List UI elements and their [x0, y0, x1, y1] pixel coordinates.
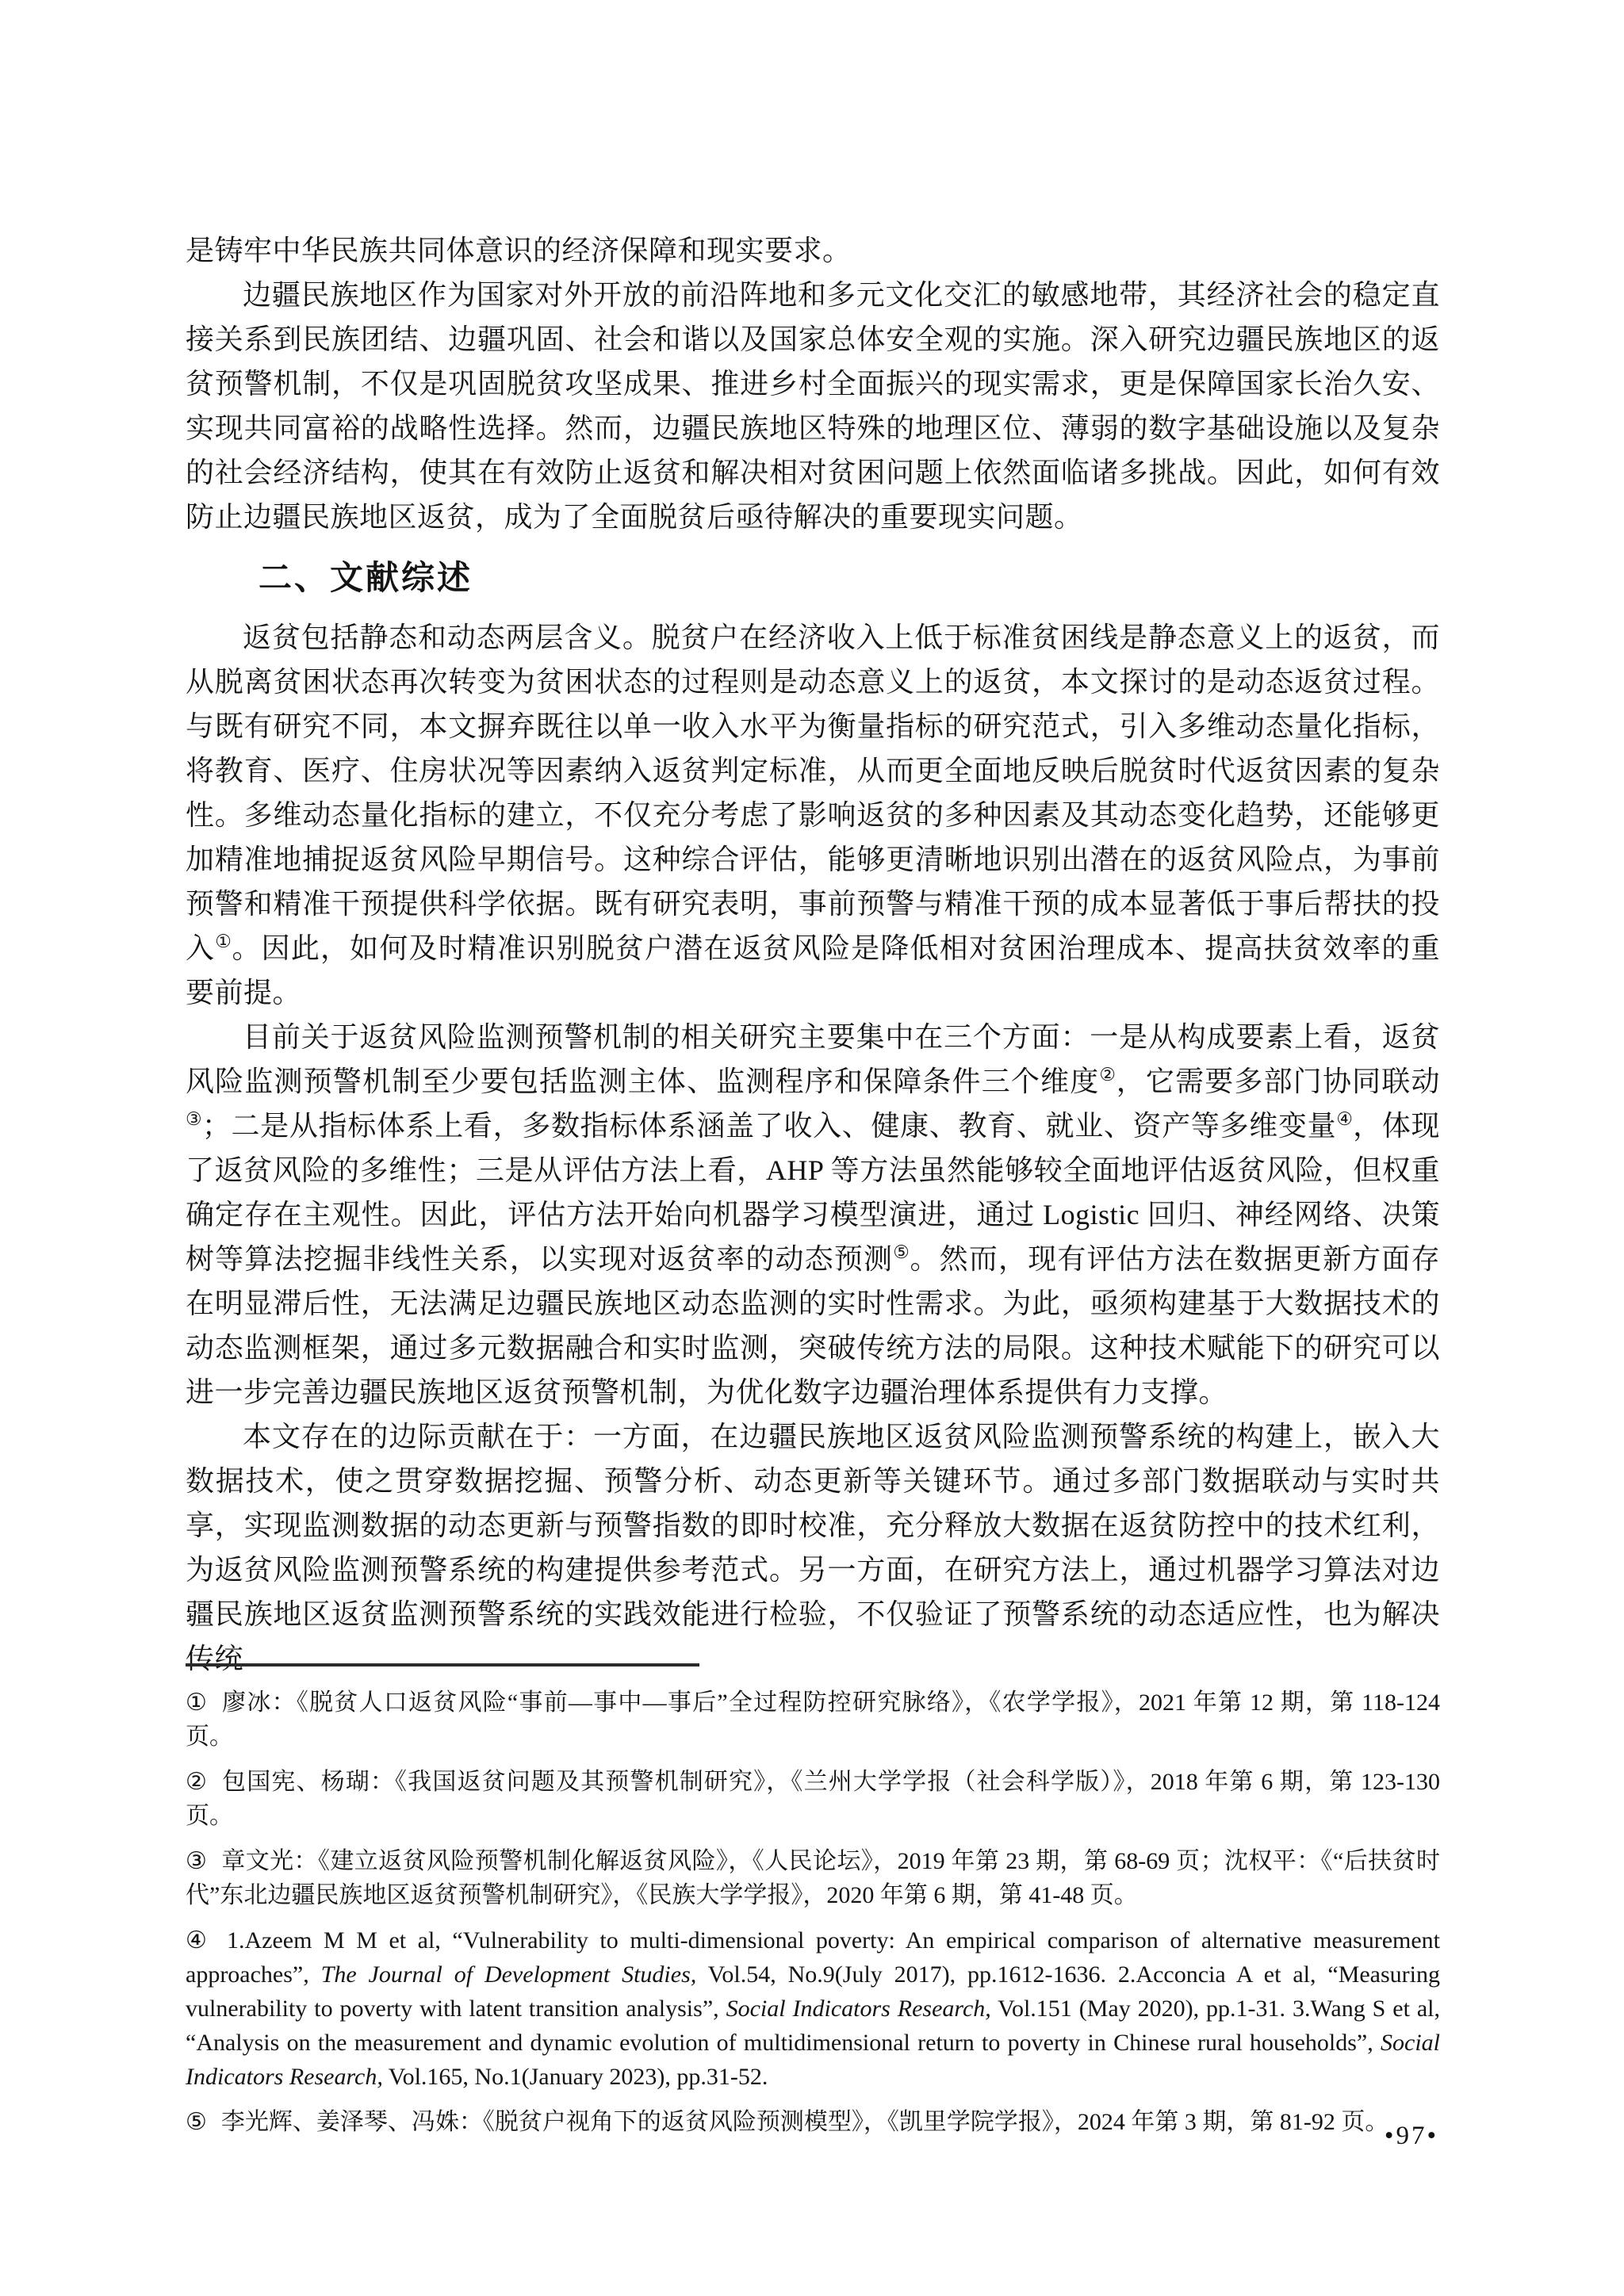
- paragraph-text: ；二是从指标体系上看，多数指标体系涵盖了收入、健康、教育、就业、资产等多维变量: [202, 1110, 1337, 1142]
- footnote-text: 李光辉、姜泽琴、冯姝：《脱贫户视角下的返贫风险预测模型》，《凯里学院学报》，20…: [221, 2109, 1389, 2135]
- paragraph-literature: 目前关于返贫风险监测预警机制的相关研究主要集中在三个方面：一是从构成要素上看，返…: [186, 1015, 1440, 1414]
- footnote-2: ②包国宪、杨瑚：《我国返贫问题及其预警机制研究》，《兰州大学学报（社会科学版）》…: [186, 1765, 1440, 1833]
- journal-title-italic: The Journal of Development Studies,: [321, 1961, 697, 1988]
- journal-title-italic: Social Indicators Research,: [726, 1996, 991, 2022]
- footnote-5: ⑤李光辉、姜泽琴、冯姝：《脱贫户视角下的返贫风险预测模型》，《凯里学院学报》，2…: [186, 2105, 1440, 2139]
- paragraph-text: ，它需要多部门协同联动: [1116, 1066, 1440, 1097]
- paragraph-text: 。因此，如何及时精准识别脱贫户潜在返贫风险是降低相对贫困治理成本、提高扶贫效率的…: [186, 932, 1440, 1008]
- paragraph-contribution: 本文存在的边际贡献在于：一方面，在边疆民族地区返贫风险监测预警系统的构建上，嵌入…: [186, 1414, 1440, 1681]
- footnote-ref-2: ②: [1099, 1065, 1116, 1085]
- paragraph-text: 返贫包括静态和动态两层含义。脱贫户在经济收入上低于标准贫困线是静态意义上的返贫，…: [186, 622, 1440, 964]
- footnote-section: ①廖冰：《脱贫人口返贫风险“事前—事中—事后”全过程防控研究脉络》，《农学学报》…: [186, 1663, 1440, 2150]
- footnote-1: ①廖冰：《脱贫人口返贫风险“事前—事中—事后”全过程防控研究脉络》，《农学学报》…: [186, 1686, 1440, 1754]
- journal-page: 是铸牢中华民族共同体意识的经济保障和现实要求。 边疆民族地区作为国家对外开放的前…: [0, 0, 1624, 2296]
- paragraph-definition: 返贫包括静态和动态两层含义。脱贫户在经济收入上低于标准贫困线是静态意义上的返贫，…: [186, 615, 1440, 1015]
- footnote-separator: [186, 1663, 699, 1667]
- footnote-text: Vol.165, No.1(January 2023), pp.31-52.: [383, 2064, 768, 2090]
- footnote-ref-4: ④: [1336, 1109, 1353, 1129]
- footnote-text: 章文光：《建立返贫风险预警机制化解返贫风险》，《人民论坛》，2019 年第 23…: [186, 1848, 1440, 1908]
- section-heading: 二、文献综述: [259, 557, 1440, 599]
- body-text: 是铸牢中华民族共同体意识的经济保障和现实要求。 边疆民族地区作为国家对外开放的前…: [186, 228, 1440, 1681]
- paragraph-continuation: 是铸牢中华民族共同体意识的经济保障和现实要求。: [186, 228, 1440, 273]
- footnote-marker: ①: [186, 1689, 208, 1716]
- footnote-4: ④1.Azeem M M et al, “Vulnerability to mu…: [186, 1923, 1440, 2094]
- footnote-ref-1: ①: [215, 932, 232, 951]
- footnote-marker: ⑤: [186, 2109, 207, 2135]
- footnote-marker: ④: [186, 1927, 213, 1954]
- footnote-marker: ②: [186, 1769, 208, 1795]
- footnote-text: 廖冰：《脱贫人口返贫风险“事前—事中—事后”全过程防控研究脉络》，《农学学报》，…: [186, 1689, 1440, 1750]
- footnote-marker: ③: [186, 1848, 207, 1874]
- page-number: •97•: [1385, 2122, 1438, 2151]
- paragraph-intro: 边疆民族地区作为国家对外开放的前沿阵地和多元文化交汇的敏感地带，其经济社会的稳定…: [186, 273, 1440, 539]
- footnote-ref-3: ③: [186, 1109, 202, 1129]
- footnote-3: ③章文光：《建立返贫风险预警机制化解返贫风险》，《人民论坛》，2019 年第 2…: [186, 1844, 1440, 1912]
- footnote-text: 包国宪、杨瑚：《我国返贫问题及其预警机制研究》，《兰州大学学报（社会科学版）》，…: [186, 1769, 1440, 1829]
- footnote-ref-5: ⑤: [893, 1242, 910, 1262]
